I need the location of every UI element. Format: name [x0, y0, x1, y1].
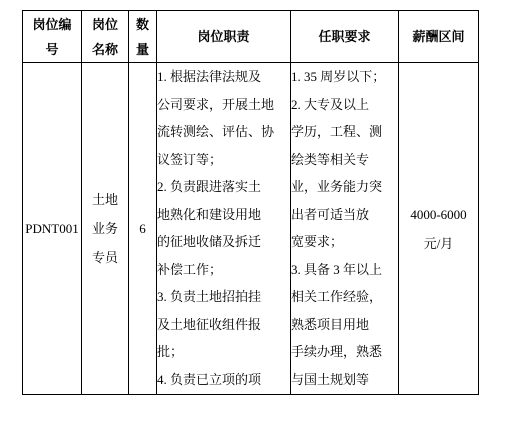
header-duties: 岗位职责	[157, 11, 291, 63]
table-row: PDNT001 土地 业务 专员 6 1. 根据法律法规及 公司要求，开展土地 …	[23, 63, 479, 395]
cell-requirements: 1. 35 周岁以下； 2. 大专及以上 学历，工程、测 绘类等相关专 业，业务…	[291, 63, 399, 395]
page: 岗位编 号 岗位 名称 数 量 岗位职责 任职要求 薪酬区间 PDNT001 土…	[0, 0, 506, 432]
cell-duties: 1. 根据法律法规及 公司要求，开展土地 流转测绘、评估、协 议签订等； 2. …	[157, 63, 291, 395]
job-posting-table: 岗位编 号 岗位 名称 数 量 岗位职责 任职要求 薪酬区间 PDNT001 土…	[22, 10, 479, 395]
table-header-row: 岗位编 号 岗位 名称 数 量 岗位职责 任职要求 薪酬区间	[23, 11, 479, 63]
header-requirements: 任职要求	[291, 11, 399, 63]
cell-position-code: PDNT001	[23, 63, 82, 395]
cell-salary-range: 4000-6000 元/月	[399, 63, 479, 395]
header-position-code: 岗位编 号	[23, 11, 82, 63]
cell-headcount: 6	[129, 63, 157, 395]
header-position-name: 岗位 名称	[82, 11, 129, 63]
header-headcount: 数 量	[129, 11, 157, 63]
header-salary-range: 薪酬区间	[399, 11, 479, 63]
cell-position-name: 土地 业务 专员	[82, 63, 129, 395]
